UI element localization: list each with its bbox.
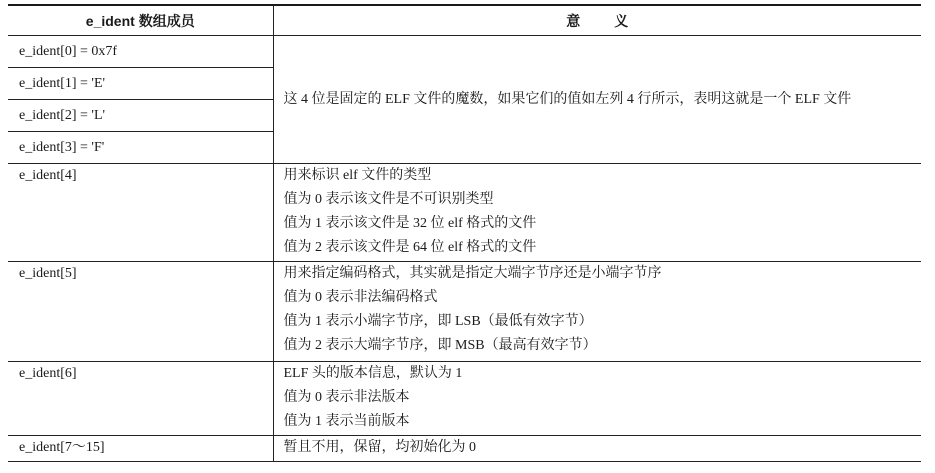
meaning-cell: 用来标识 elf 文件的类型 值为 0 表示该文件是不可识别类型 值为 1 表示… <box>273 164 921 262</box>
member-name: e_ident[2] = 'L' <box>19 104 273 128</box>
member-name: e_ident[7～15] <box>19 436 273 460</box>
table-row: e_ident[4] 用来标识 elf 文件的类型 值为 0 表示该文件是不可识… <box>8 164 921 262</box>
header-meaning: 意义 <box>273 5 921 36</box>
table-row: e_ident[5] 用来指定编码格式，其实就是指定大端字节序还是小端字节序 值… <box>8 262 921 362</box>
header-meaning-char-2: 义 <box>614 13 628 29</box>
member-cell: e_ident[3] = 'F' <box>8 132 273 164</box>
meaning-cell-magic: 这 4 位是固定的 ELF 文件的魔数，如果它们的值如左列 4 行所示，表明这就… <box>273 36 921 164</box>
meaning-cell: ELF 头的版本信息，默认为 1 值为 0 表示非法版本 值为 1 表示当前版本 <box>273 362 921 436</box>
meaning-line: 值为 2 表示该文件是 64 位 elf 格式的文件 <box>284 236 922 260</box>
member-cell: e_ident[6] <box>8 362 273 436</box>
meaning-line: 值为 2 表示大端字节序，即 MSB（最高有效字节） <box>284 334 922 358</box>
meaning-line: 值为 0 表示该文件是不可识别类型 <box>284 188 922 212</box>
member-cell: e_ident[2] = 'L' <box>8 100 273 132</box>
meaning-line: 用来指定编码格式，其实就是指定大端字节序还是小端字节序 <box>284 262 922 286</box>
table-header-row: e_ident 数组成员 意义 <box>8 5 921 36</box>
member-cell: e_ident[7～15] <box>8 436 273 462</box>
member-cell: e_ident[1] = 'E' <box>8 68 273 100</box>
member-name: e_ident[5] <box>19 262 273 286</box>
meaning-line: 值为 1 表示该文件是 32 位 elf 格式的文件 <box>284 212 922 236</box>
member-name: e_ident[3] = 'F' <box>19 136 273 160</box>
meaning-line: 值为 1 表示当前版本 <box>284 410 922 434</box>
header-meaning-char-1: 意 <box>566 13 580 29</box>
table-row: e_ident[0] = 0x7f 这 4 位是固定的 ELF 文件的魔数，如果… <box>8 36 921 68</box>
table-row: e_ident[7～15] 暂且不用，保留，均初始化为 0 <box>8 436 921 462</box>
meaning-line: 值为 0 表示非法编码格式 <box>284 286 922 310</box>
meaning-text: 这 4 位是固定的 ELF 文件的魔数，如果它们的值如左列 4 行所示，表明这就… <box>284 92 852 107</box>
page: e_ident 数组成员 意义 e_ident[0] = 0x7f 这 4 位是… <box>0 0 935 473</box>
member-name: e_ident[6] <box>19 362 273 386</box>
member-cell: e_ident[0] = 0x7f <box>8 36 273 68</box>
meaning-line: 值为 0 表示非法版本 <box>284 386 922 410</box>
meaning-cell: 用来指定编码格式，其实就是指定大端字节序还是小端字节序 值为 0 表示非法编码格… <box>273 262 921 362</box>
member-name: e_ident[0] = 0x7f <box>19 40 273 64</box>
meaning-cell: 暂且不用，保留，均初始化为 0 <box>273 436 921 462</box>
meaning-line: 值为 1 表示小端字节序，即 LSB（最低有效字节） <box>284 310 922 334</box>
meaning-line: ELF 头的版本信息，默认为 1 <box>284 362 922 386</box>
header-member: e_ident 数组成员 <box>8 5 273 36</box>
meaning-line: 用来标识 elf 文件的类型 <box>284 164 922 188</box>
table-row: e_ident[6] ELF 头的版本信息，默认为 1 值为 0 表示非法版本 … <box>8 362 921 436</box>
member-cell: e_ident[4] <box>8 164 273 262</box>
e-ident-table: e_ident 数组成员 意义 e_ident[0] = 0x7f 这 4 位是… <box>8 4 921 462</box>
member-cell: e_ident[5] <box>8 262 273 362</box>
member-name: e_ident[1] = 'E' <box>19 72 273 96</box>
member-name: e_ident[4] <box>19 164 273 188</box>
meaning-line: 暂且不用，保留，均初始化为 0 <box>284 436 922 460</box>
